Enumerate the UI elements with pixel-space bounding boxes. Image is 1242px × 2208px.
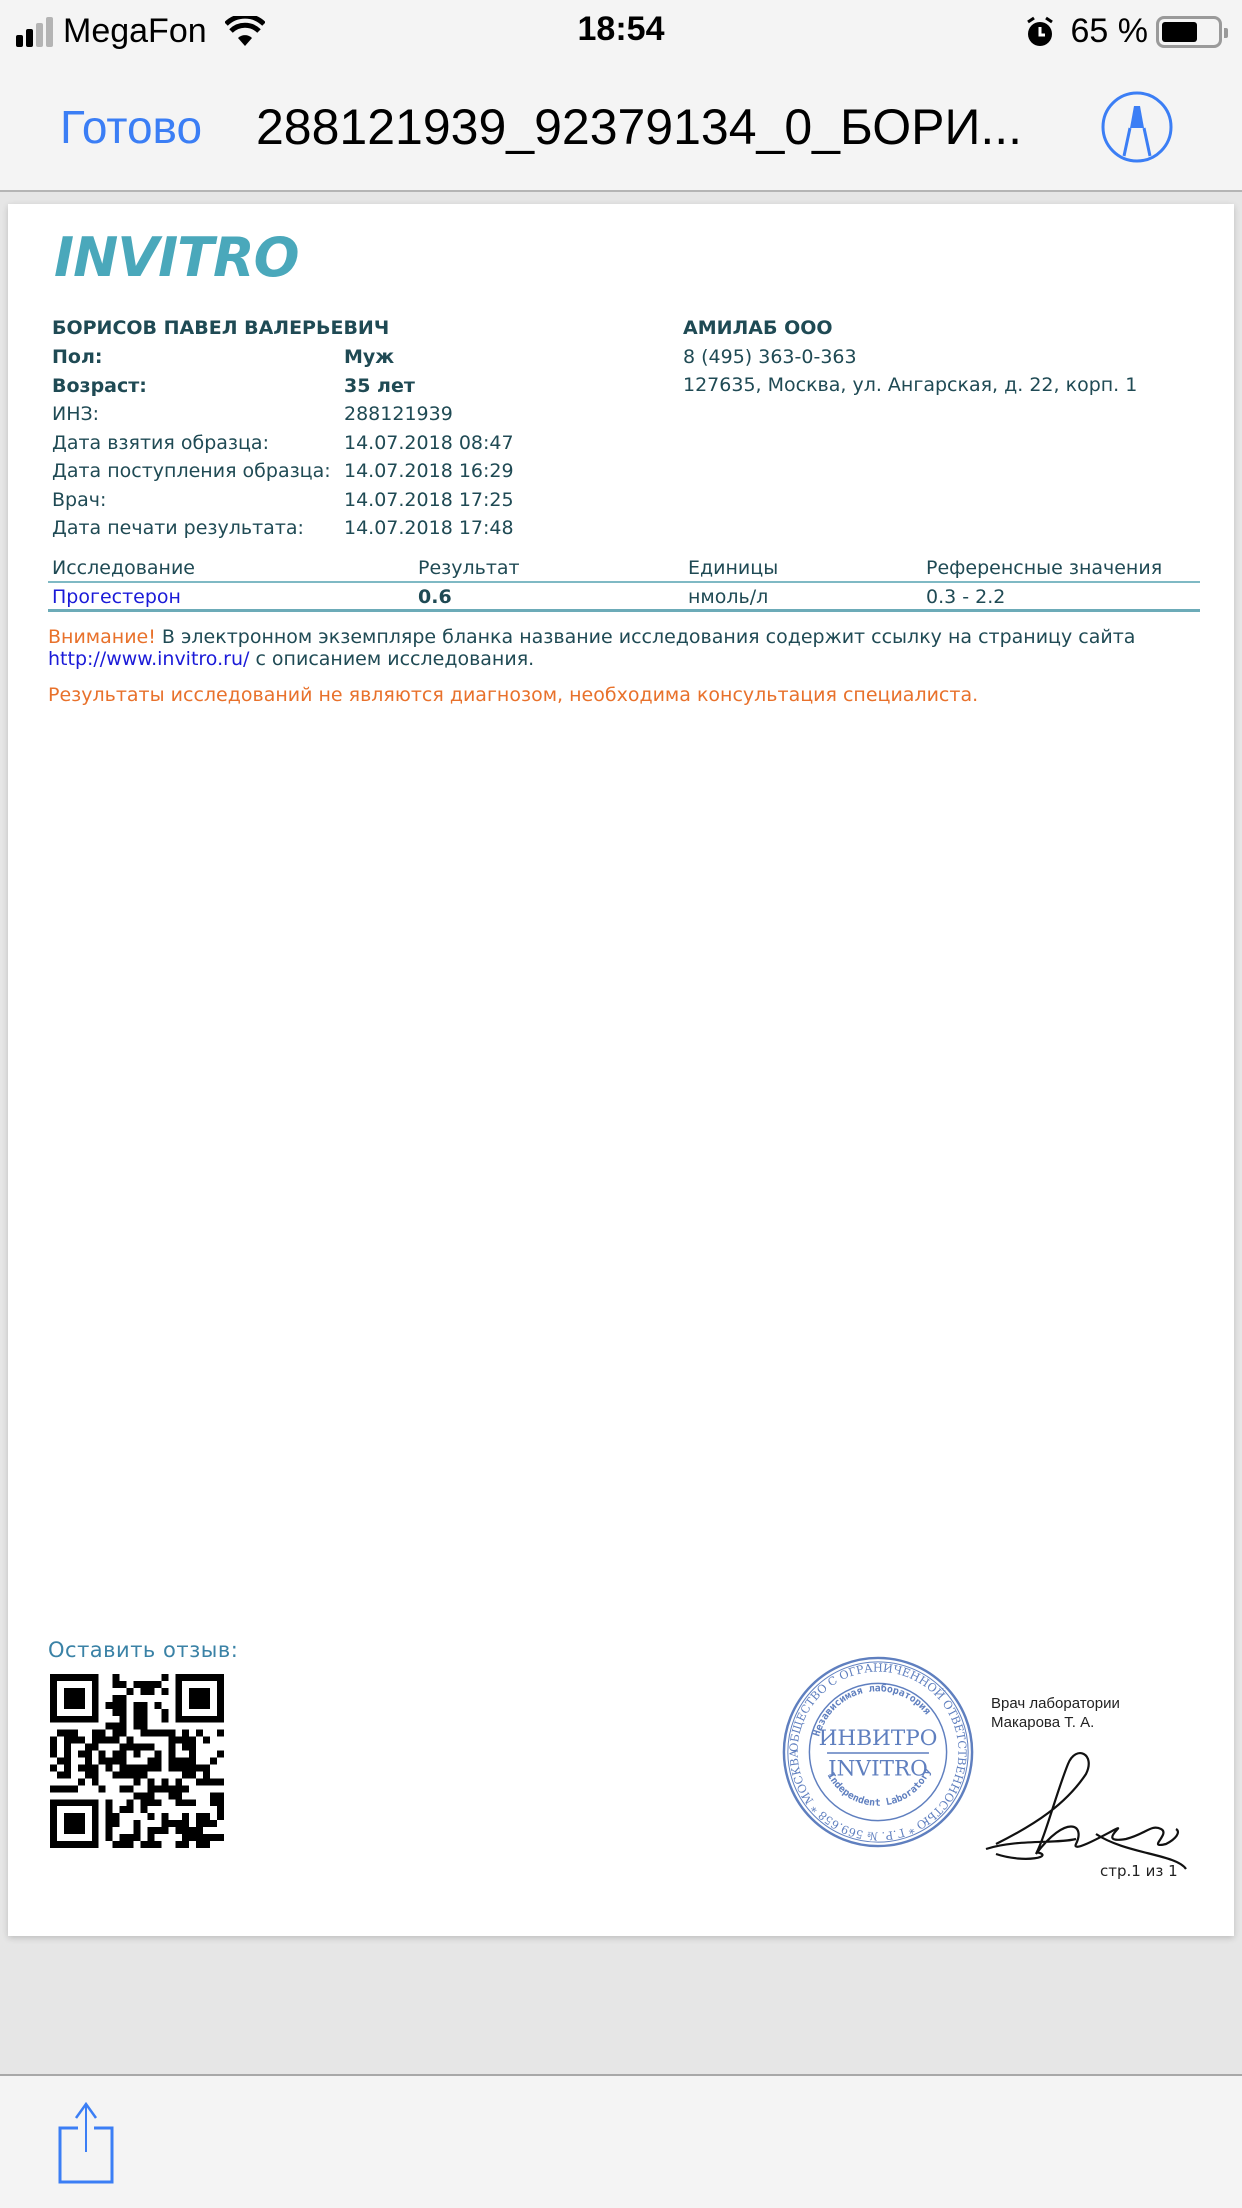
svg-text:ИНВИТРО: ИНВИТРО <box>819 1726 938 1751</box>
lab-name: АМИЛАБ ООО <box>683 314 1137 343</box>
status-bar-right: 65 % <box>1025 12 1223 51</box>
lab-info: АМИЛАБ ООО 8 (495) 363-0-363 127635, Мос… <box>683 314 1137 400</box>
svg-text:INVITRO: INVITRO <box>828 1757 928 1782</box>
field-value: Муж <box>344 343 394 372</box>
test-name-link[interactable]: Прогестерон <box>52 583 418 609</box>
patient-field-row: Возраст:35 лет <box>52 372 514 401</box>
patient-field-row: Врач:14.07.2018 17:25 <box>52 486 514 515</box>
attention-label: Внимание! <box>48 626 156 648</box>
test-units: нмоль/л <box>688 583 926 609</box>
alarm-icon <box>1025 16 1055 48</box>
battery-level-fill <box>1162 22 1197 42</box>
invitro-logo: INVITRO <box>54 226 299 289</box>
notice-text-2: с описанием исследования. <box>249 648 534 670</box>
lab-stamp: ОБЩЕСТВО С ОГРАНИЧЕННОЙ ОТВЕТСТВЕННОСТЬЮ… <box>780 1654 976 1850</box>
header-units: Единицы <box>688 554 926 581</box>
header-result: Результат <box>418 554 688 581</box>
field-value: 14.07.2018 08:47 <box>344 429 514 458</box>
share-icon[interactable] <box>56 2100 116 2184</box>
test-result: 0.6 <box>418 583 688 609</box>
field-label: Дата поступления образца: <box>52 457 344 486</box>
navigation-bar: Готово 288121939_92379134_0_БОРИ... <box>0 62 1242 192</box>
bottom-toolbar <box>0 2074 1242 2208</box>
patient-field-row: ИНЗ:288121939 <box>52 400 514 429</box>
table-row: Прогестерон 0.6 нмоль/л 0.3 - 2.2 <box>48 583 1200 612</box>
field-value: 14.07.2018 17:48 <box>344 514 514 543</box>
header-test: Исследование <box>52 554 418 581</box>
header-reference: Референсные значения <box>926 554 1200 581</box>
field-value: 35 лет <box>344 372 415 401</box>
field-label: Дата печати результата: <box>52 514 344 543</box>
patient-field-row: Дата поступления образца:14.07.2018 16:2… <box>52 457 514 486</box>
doctor-signature-block: Врач лаборатории Макарова Т. А. <box>991 1694 1120 1732</box>
notice-text-1: В электронном экземпляре бланка название… <box>156 626 1136 648</box>
patient-fields: Пол:МужВозраст:35 летИНЗ:288121939Дата в… <box>52 343 514 543</box>
document-title: 288121939_92379134_0_БОРИ... <box>256 98 1056 156</box>
results-table-header: Исследование Результат Единицы Референсн… <box>48 554 1200 583</box>
field-label: Дата взятия образца: <box>52 429 344 458</box>
status-bar: MegaFon 18:54 65 % <box>0 0 1242 62</box>
battery-icon <box>1156 16 1222 48</box>
attention-notice: Внимание! В электронном экземпляре бланк… <box>48 626 1198 670</box>
battery-percentage: 65 % <box>1071 12 1149 51</box>
field-label: Возраст: <box>52 372 344 401</box>
page-number: стр.1 из 1 <box>1100 1862 1178 1880</box>
patient-name: БОРИСОВ ПАВЕЛ ВАЛЕРЬЕВИЧ <box>52 314 514 343</box>
field-label: Врач: <box>52 486 344 515</box>
feedback-label: Оставить отзыв: <box>48 1638 238 1662</box>
patient-info: БОРИСОВ ПАВЕЛ ВАЛЕРЬЕВИЧ Пол:МужВозраст:… <box>52 314 514 543</box>
markup-pen-icon[interactable] <box>1100 90 1174 164</box>
patient-field-row: Пол:Муж <box>52 343 514 372</box>
lab-phone: 8 (495) 363-0-363 <box>683 343 1137 372</box>
field-value: 288121939 <box>344 400 453 429</box>
test-reference: 0.3 - 2.2 <box>926 583 1200 609</box>
invitro-website-link[interactable]: http://www.invitro.ru/ <box>48 648 249 670</box>
patient-field-row: Дата печати результата:14.07.2018 17:48 <box>52 514 514 543</box>
doctor-name: Макарова Т. А. <box>991 1713 1120 1732</box>
field-label: ИНЗ: <box>52 400 344 429</box>
field-value: 14.07.2018 16:29 <box>344 457 514 486</box>
qr-code[interactable] <box>50 1674 224 1848</box>
lab-address: 127635, Москва, ул. Ангарская, д. 22, ко… <box>683 371 1137 400</box>
field-label: Пол: <box>52 343 344 372</box>
pdf-page: INVITRO БОРИСОВ ПАВЕЛ ВАЛЕРЬЕВИЧ Пол:Муж… <box>8 204 1234 1936</box>
disclaimer: Результаты исследований не являются диаг… <box>48 684 978 706</box>
done-button[interactable]: Готово <box>60 100 202 154</box>
field-value: 14.07.2018 17:25 <box>344 486 514 515</box>
doctor-title: Врач лаборатории <box>991 1694 1120 1713</box>
results-table: Исследование Результат Единицы Референсн… <box>48 554 1200 612</box>
signature <box>976 1744 1194 1874</box>
patient-field-row: Дата взятия образца:14.07.2018 08:47 <box>52 429 514 458</box>
